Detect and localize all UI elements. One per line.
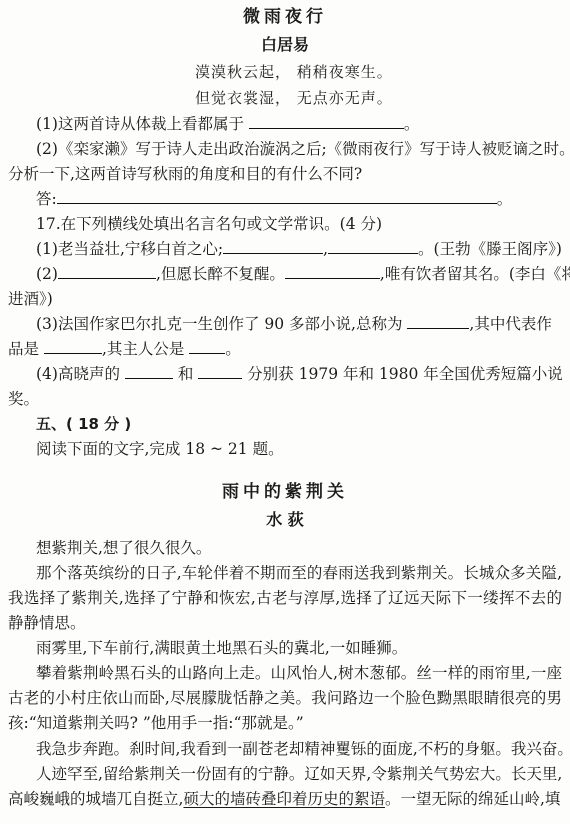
q16-answer: 答:。 [36,189,512,209]
q17-sub3-text3: 品是 [8,340,44,358]
q17-sub3-text4: ,其主人公是 [102,340,189,358]
q17-sub3-text: (3)法国作家巴尔扎克一生创作了 90 多部小说,总称为 [36,315,407,333]
q17-sub1-source: 。(王勃《滕王阁序》) [418,240,562,258]
q17-sub1: (1)老当益壮,宁移白首之心;,。(王勃《滕王阁序》) [36,239,562,259]
q17-sub1-text: (1)老当益壮,宁移白首之心; [36,240,223,258]
essay-paragraph: 人迹罕至,留给紫荆关一份固有的宁静。辽如天界,令紫荆关气势宏大。长天里, [36,764,562,784]
q17-sub3-text2: ,其中代表作 [469,315,551,333]
essay-title: 雨中的紫荆关 [0,482,570,502]
q17-sub4: (4)高晓声的 和 分别获 1979 年和 1980 年全国优秀短篇小说 [36,364,563,384]
q17-sub2-mid: ,但愿长醉不复醒。 [156,265,285,283]
answer-blank[interactable] [407,314,469,329]
q16-sub2-line2: 分析一下,这两首诗写秋雨的角度和目的有什么不同? [8,164,362,184]
underlined-phrase: 硕大的墙砖叠印着历史的絮语 [183,790,385,808]
q16-sub1-text: (1)这两首诗从体裁上看都属于 [36,115,249,133]
essay-paragraph: 攀着紫荆岭黑石头的山路向上走。山风怡人,树木葱郁。丝一样的雨帘里,一座 [36,663,562,683]
answer-blank[interactable] [249,114,404,129]
essay-paragraph: 想紫荆关,想了很久很久。 [36,538,211,558]
answer-label: 答: [36,190,57,208]
essay-line: 静静情思。 [8,613,86,633]
answer-blank[interactable] [125,364,173,379]
essay-line: 古老的小村庄依山而卧,尽展朦胧恬静之美。我问路边一个脸色黝黑眼睛很亮的男 [8,688,562,708]
essay-text: 。一望无际的绵延山岭,填 [385,790,560,808]
essay-paragraph: 那个落英缤纷的日子,车轮伴着不期而至的春雨送我到紫荆关。长城众多关隘, [36,563,562,583]
answer-end: 。 [497,190,513,208]
q17-sub4-and: 和 [173,365,198,383]
essay-line: 高峻巍峨的城墙兀自挺立,硕大的墙砖叠印着历史的絮语。一望无际的绵延山岭,填 [8,789,560,809]
answer-blank[interactable] [44,339,102,354]
essay-line: 孩:“知道紫荆关吗? ”他用手一指:“那就是。” [8,713,304,733]
essay-paragraph: 雨雾里,下车前行,满眼黄土地黑石头的冀北,一如睡狮。 [36,638,407,658]
poem-line-2: 但觉衣裳湿， 无点亦无声。 [195,88,393,108]
poem-author: 白居易 [0,35,570,55]
q17-sub4-cont: 奖。 [8,389,39,409]
essay-paragraph: 我急步奔跑。刹时间,我看到一副苍老却精神矍铄的面庞,不朽的身躯。我兴奋。 [36,739,562,759]
q17-sub2: (2),但愿长醉不复醒。,唯有饮者留其名。(李白《将 [36,264,570,284]
answer-blank[interactable] [57,189,497,204]
section-heading: 五、( 18 分 ) [36,414,131,434]
answer-blank[interactable] [58,264,156,279]
q16-sub1: (1)这两首诗从体裁上看都属于 。 [36,114,419,134]
q17-sub3-end: 。 [225,340,241,358]
q16-sub2-line1: (2)《栾家濑》写于诗人走出政治漩涡之后;《微雨夜行》写于诗人被贬谪之时。请 [36,139,570,159]
q17-sub2-cont: 进酒》) [8,289,53,309]
q17-sub2-num: (2) [36,265,58,283]
q16-sub1-end: 。 [404,115,420,133]
q17-sub4-text2: 分别获 1979 年和 1980 年全国优秀短篇小说 [242,365,563,383]
q17-heading: 17.在下列横线处填出名言名句或文学常识。(4 分) [36,214,382,234]
essay-text: 高峻巍峨的城墙兀自挺立, [8,790,183,808]
answer-blank[interactable] [223,239,323,254]
q17-sub4-text: (4)高晓声的 [36,365,125,383]
q17-sub3-line2: 品是 ,其主人公是 。 [8,339,241,359]
answer-blank[interactable] [198,364,242,379]
q17-sub2-source: ,唯有饮者留其名。(李白《将 [380,265,570,283]
poem-line-1: 漠漠秋云起， 稍稍夜寒生。 [195,62,393,82]
answer-blank[interactable] [189,339,225,354]
q17-sub3-line1: (3)法国作家巴尔扎克一生创作了 90 多部小说,总称为 ,其中代表作 [36,314,552,334]
essay-author: 水 荻 [0,510,570,530]
essay-line: 我选择了紫荆关,选择了宁静和恢宏,古老与淳厚,选择了辽远天际下一缕挥不去的 [8,588,562,608]
section-instruction: 阅读下面的文字,完成 18 ~ 21 题。 [36,439,284,459]
answer-blank[interactable] [328,239,418,254]
answer-blank[interactable] [285,264,380,279]
poem-title: 微雨夜行 [0,7,570,27]
